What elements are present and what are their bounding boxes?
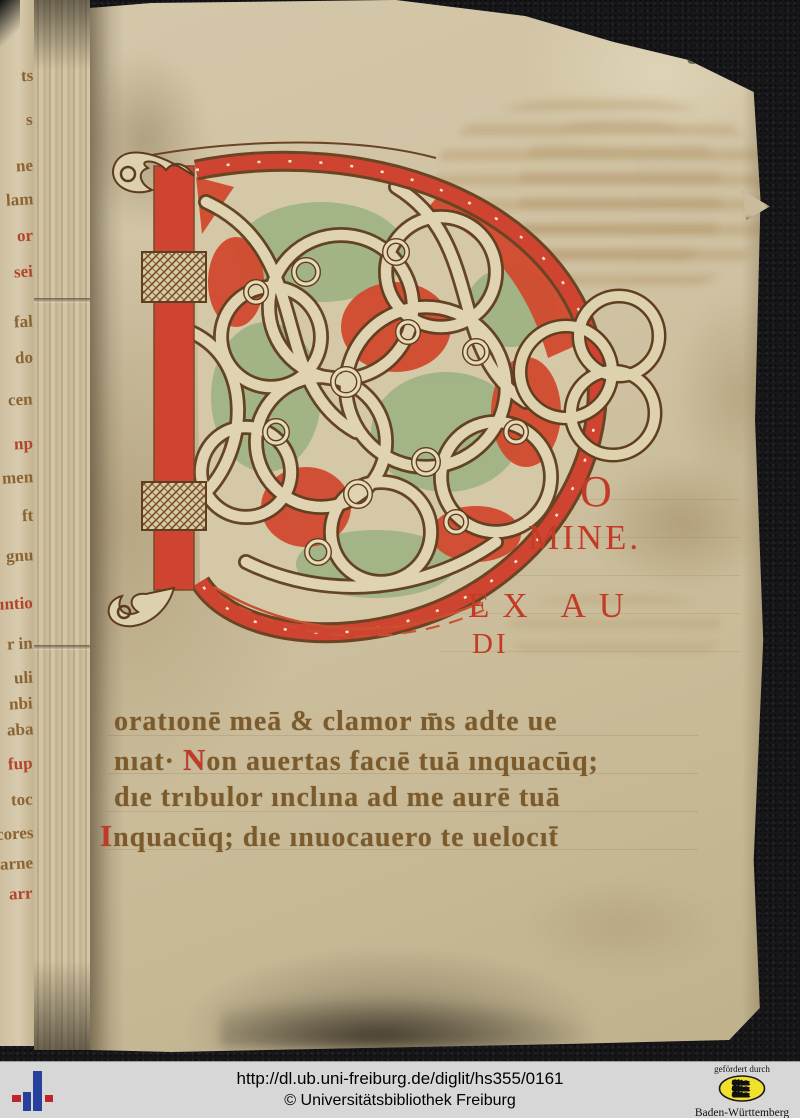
illuminated-initial-d	[96, 132, 676, 662]
facing-text-fragment: arr	[9, 883, 34, 904]
soot-smudge	[220, 995, 600, 1047]
facing-text-fragment: arne	[0, 853, 34, 875]
manuscript-text-line: dıe trıbulor ınclına ad me aurē tuā	[114, 779, 714, 817]
leaf-edge-slit	[34, 298, 90, 303]
text-segment: nıat·	[114, 746, 183, 777]
rubric-letter-o: O	[580, 466, 612, 517]
rubricated-initial: N	[183, 742, 206, 777]
facing-text-fragment: fal	[14, 312, 34, 333]
facing-text-fragment: r in	[7, 633, 34, 654]
facing-text-fragment: untio	[0, 593, 33, 615]
facing-text-fragment: sei	[14, 262, 34, 283]
edge-shadow-top	[34, 0, 90, 70]
manuscript-text-line: nıat· Non auertas facıē tuā ınquacūq;	[114, 741, 714, 779]
facing-text-fragment: ft	[21, 506, 33, 527]
facing-text-fragment: s	[26, 110, 34, 130]
text-segment: on auertas facıē tuā ınquacūq;	[206, 746, 598, 777]
funding-label: gefördert durch	[692, 1064, 792, 1075]
facing-text-fragment: ne	[15, 156, 33, 177]
funding-name: Baden-Württemberg	[692, 1107, 792, 1118]
book-leaf-edges	[34, 0, 90, 1050]
facing-text-fragment: uli	[14, 668, 34, 689]
facing-text-fragment: toc	[11, 789, 34, 810]
facing-text-fragment: nbi	[9, 693, 34, 714]
text-segment: nquacūq; dıe ınuocauero te uelocıt̄	[113, 822, 559, 853]
manuscript-text-block: oratıonē meā & clamor m̄s adte uenıat· N…	[114, 703, 714, 855]
baden-wuerttemberg-funding: gefördert durch Baden-Württemberg	[692, 1064, 792, 1118]
facing-page-fragments: tssnelamorseifaldocennpmenftgnuuntior in…	[0, 0, 34, 1046]
facing-text-fragment: cores	[0, 823, 33, 845]
facing-text-fragment: cen	[8, 389, 34, 410]
footer-text: http://dl.ub.uni-freiburg.de/diglit/hs35…	[0, 1068, 800, 1112]
facing-text-fragment: or	[16, 226, 33, 247]
text-segment: oratıonē meā & clamor m̄s adte ue	[114, 706, 558, 737]
source-url: http://dl.ub.uni-freiburg.de/diglit/hs35…	[0, 1068, 800, 1090]
parchment-stain	[520, 880, 720, 970]
facing-text-fragment: gnu	[5, 545, 33, 566]
baden-wuerttemberg-coat-of-arms-icon	[718, 1075, 766, 1102]
text-segment: dıe trıbulor ınclına ad me aurē tuā	[114, 782, 561, 813]
leaf-edge-slit	[34, 645, 90, 650]
manuscript-text-line: Inquacūq; dıe ınuocauero te uelocıt̄	[100, 817, 714, 855]
rubricated-initial: I	[100, 818, 113, 853]
parchment-page: 80	[90, 0, 770, 1058]
facing-text-fragment: np	[14, 434, 34, 455]
folio-number: 80	[684, 36, 726, 71]
facing-text-fragment: aba	[6, 719, 33, 740]
rubric-line-mine: MINE.	[528, 518, 641, 558]
facing-text-fragment: fup	[8, 753, 34, 774]
viewer-footer: http://dl.ub.uni-freiburg.de/diglit/hs35…	[0, 1061, 800, 1118]
facing-text-fragment: men	[1, 467, 33, 489]
copyright-line: © Universitätsbibliothek Freiburg	[0, 1090, 800, 1112]
parchment-stain	[675, 290, 800, 500]
manuscript-photo: tssnelamorseifaldocennpmenftgnuuntior in…	[0, 0, 800, 1118]
rubric-line-di: DI	[472, 628, 509, 661]
facing-text-fragment: ts	[20, 66, 33, 87]
manuscript-text-line: oratıonē meā & clamor m̄s adte ue	[114, 703, 714, 741]
facing-text-fragment: do	[15, 348, 34, 369]
facing-text-fragment: lam	[5, 189, 33, 210]
rubric-line-exau: EX AU	[468, 586, 637, 626]
